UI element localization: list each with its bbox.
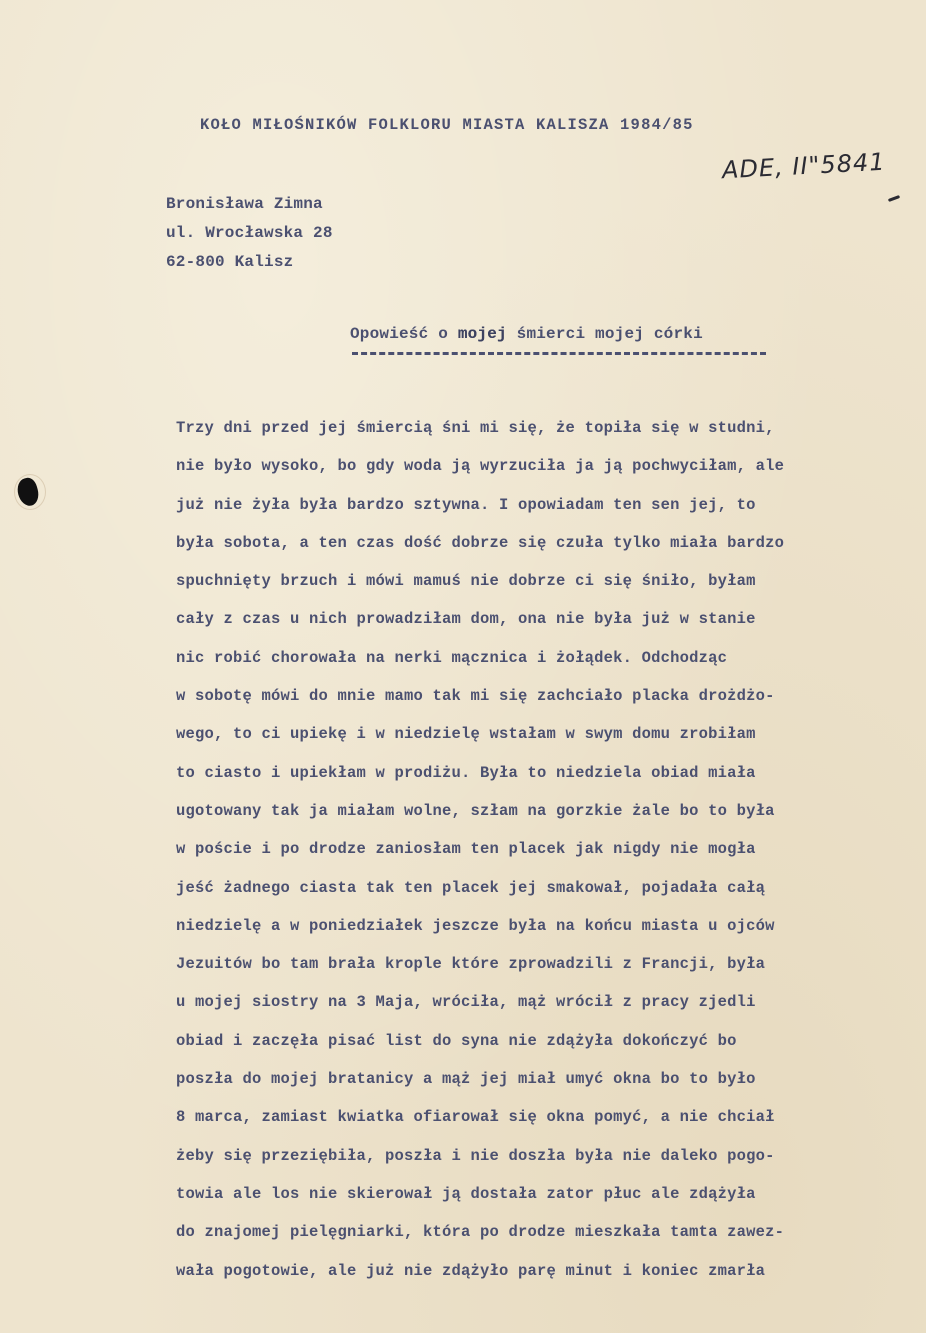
body-line: spuchnięty brzuch i mówi mamuś nie dobrz…: [176, 562, 916, 600]
body-line: poszła do mojej bratanicy a mąż jej miał…: [176, 1060, 916, 1098]
body-line: w sobotę mówi do mnie mamo tak mi się za…: [176, 677, 916, 715]
body-line: niedzielę a w poniedziałek jeszcze była …: [176, 907, 916, 945]
body-line: już nie żyła była bardzo sztywna. I opow…: [176, 486, 916, 524]
title-after: śmierci mojej córki: [507, 325, 703, 343]
body-line: była sobota, a ten czas dość dobrze się …: [176, 524, 916, 562]
story-body: Trzy dni przed jej śmiercią śni mi się, …: [176, 409, 916, 1290]
body-line: towia ale los nie skierował ją dostała z…: [176, 1175, 916, 1213]
author-city: 62-800 Kalisz: [166, 248, 333, 277]
body-line: to ciasto i upiekłam w prodiżu. Była to …: [176, 754, 916, 792]
body-line: w poście i po drodze zaniosłam ten place…: [176, 830, 916, 868]
body-line: obiad i zaczęła pisać list do syna nie z…: [176, 1022, 916, 1060]
body-line: do znajomej pielęgniarki, która po drodz…: [176, 1213, 916, 1251]
body-line: jeść żadnego ciasta tak ten placek jej s…: [176, 869, 916, 907]
document-page: KOŁO MIŁOŚNIKÓW FOLKLORU MIASTA KALISZA …: [0, 0, 926, 1333]
body-line: nie było wysoko, bo gdy woda ją wyrzucił…: [176, 447, 916, 485]
body-line: u mojej siostry na 3 Maja, wróciła, mąż …: [176, 983, 916, 1021]
archive-mark: ADE, II"5841: [721, 148, 886, 185]
author-address: Bronisława Zimna ul. Wrocławska 28 62-80…: [166, 190, 333, 277]
document-header: KOŁO MIŁOŚNIKÓW FOLKLORU MIASTA KALISZA …: [200, 116, 694, 134]
body-line: wała pogotowie, ale już nie zdążyło parę…: [176, 1252, 916, 1290]
body-line: cały z czas u nich prowadziłam dom, ona …: [176, 600, 916, 638]
title-underline: [352, 352, 766, 355]
body-line: Jezuitów bo tam brała krople które zprow…: [176, 945, 916, 983]
title-before: Opowieść o: [350, 325, 458, 343]
author-street: ul. Wrocławska 28: [166, 219, 333, 248]
body-line: ugotowany tak ja miałam wolne, szłam na …: [176, 792, 916, 830]
body-line: nic robić chorowała na nerki mącznica i …: [176, 639, 916, 677]
archive-mark-tick: [888, 195, 900, 202]
body-line: wego, to ci upiekę i w niedzielę wstałam…: [176, 715, 916, 753]
author-name: Bronisława Zimna: [166, 190, 333, 219]
story-title: Opowieść o mojej śmierci mojej córki: [350, 325, 703, 343]
body-line: Trzy dni przed jej śmiercią śni mi się, …: [176, 409, 916, 447]
title-struck-word: mojej: [458, 325, 507, 343]
body-line: żeby się przeziębiła, poszła i nie doszł…: [176, 1137, 916, 1175]
body-line: 8 marca, zamiast kwiatka ofiarował się o…: [176, 1098, 916, 1136]
